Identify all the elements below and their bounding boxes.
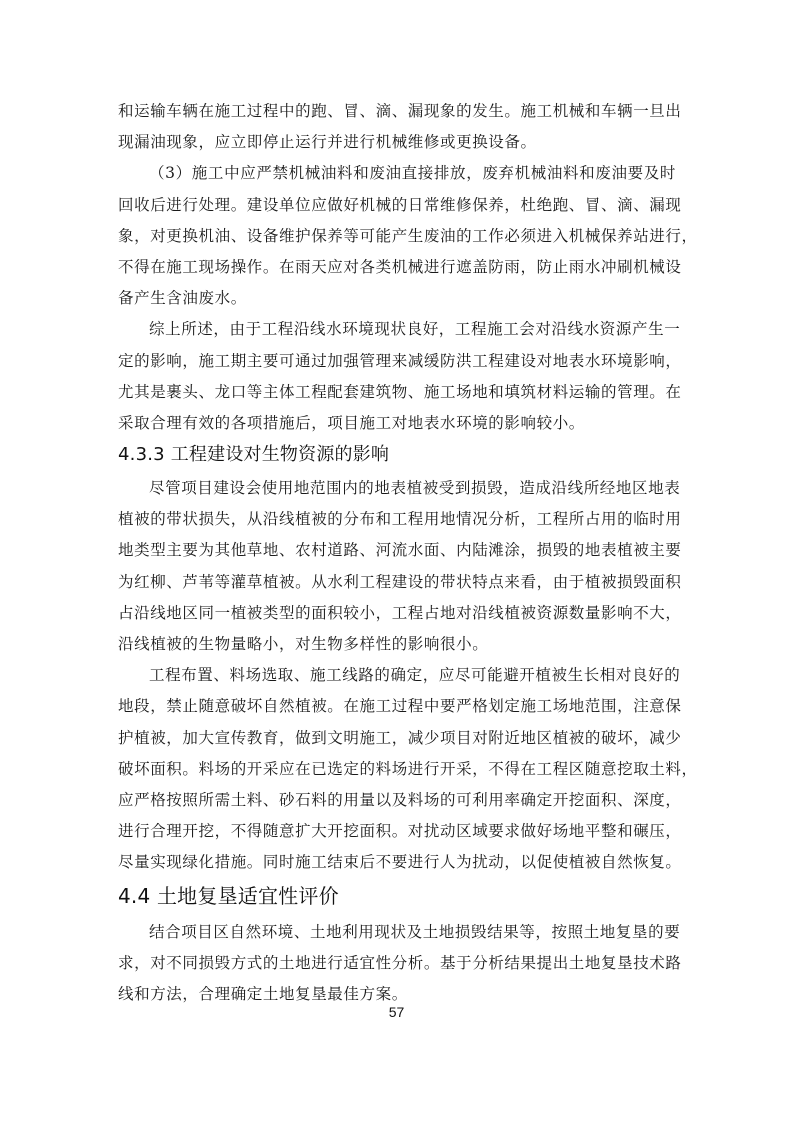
paragraph-continuation: 和运输车辆在施工过程中的跑、冒、滴、漏现象的发生。施工机械和车辆一旦出 现漏油现… (118, 96, 676, 158)
text-line: 占沿线地区同一植被类型的面积较小，工程占地对沿线植被资源数量影响不大， (118, 598, 676, 629)
text-line: 象，对更换机油、设备维护保养等可能产生废油的工作必须进入机械保养站进行， (118, 221, 676, 252)
paragraph-bio-resources-2: 工程布置、料场选取、施工线路的确定，应尽可能避开植被生长相对良好的 地段，禁止随… (118, 660, 676, 878)
text-line: 尽管项目建设会使用地范围内的地表植被受到损毁，造成沿线所经地区地表 (118, 473, 676, 504)
text-line: 进行合理开挖，不得随意扩大开挖面积。对扰动区域要求做好场地平整和碾压， (118, 816, 676, 847)
text-line: 地段，禁止随意破坏自然植被。在施工过程中要严格划定施工场地范围，注意保 (118, 691, 676, 722)
text-line: 回收后进行处理。建设单位应做好机械的日常维修保养，杜绝跑、冒、滴、漏现 (118, 190, 676, 221)
text-line: 为红柳、芦苇等灌草植被。从水利工程建设的带状特点来看，由于植被损毁面积 (118, 567, 676, 598)
paragraph-item-3: （3）施工中应严禁机械油料和废油直接排放，废弃机械油料和废油要及时 回收后进行处… (118, 158, 676, 314)
text-line: 植被的带状损失，从沿线植被的分布和工程用地情况分析，工程所占用的临时用 (118, 504, 676, 535)
text-line: （3）施工中应严禁机械油料和废油直接排放，废弃机械油料和废油要及时 (118, 158, 676, 189)
text-line: 和运输车辆在施工过程中的跑、冒、滴、漏现象的发生。施工机械和车辆一旦出 (118, 96, 676, 127)
text-line: 定的影响，施工期主要可通过加强管理来减缓防洪工程建设对地表水环境影响， (118, 346, 676, 377)
paragraph-bio-resources-1: 尽管项目建设会使用地范围内的地表植被受到损毁，造成沿线所经地区地表 植被的带状损… (118, 473, 676, 660)
text-line: 应严格按照所需土料、砂石料的用量以及料场的可利用率确定开挖面积、深度， (118, 785, 676, 816)
text-line: 尤其是裹头、龙口等主体工程配套建筑物、施工场地和填筑材料运输的管理。在 (118, 377, 676, 408)
page-number: 57 (0, 1004, 793, 1020)
text-line: 破坏面积。料场的开采应在已选定的料场进行开采，不得在工程区随意挖取土料， (118, 754, 676, 785)
text-line: 地类型主要为其他草地、农村道路、河流水面、内陆滩涂，损毁的地表植被主要 (118, 535, 676, 566)
text-line: 护植被，加大宣传教育，做到文明施工，减少项目对附近地区植被的破坏，减少 (118, 723, 676, 754)
text-line: 备产生含油废水。 (118, 283, 676, 314)
text-line: 不得在施工现场操作。在雨天应对各类机械进行遮盖防雨，防止雨水冲刷机械设 (118, 252, 676, 283)
paragraph-summary: 综上所述，由于工程沿线水环境现状良好，工程施工会对沿线水资源产生一 定的影响，施… (118, 314, 676, 439)
text-line: 采取合理有效的各项措施后，项目施工对地表水环境的影响较小。 (118, 408, 676, 439)
text-line: 结合项目区自然环境、土地利用现状及土地损毁结果等，按照土地复垦的要 (118, 917, 676, 948)
paragraph-land-reclamation: 结合项目区自然环境、土地利用现状及土地损毁结果等，按照土地复垦的要 求，对不同损… (118, 917, 676, 1011)
section-heading-4-4: 4.4 土地复垦适宜性评价 (118, 879, 676, 917)
text-line: 现漏油现象，应立即停止运行并进行机械维修或更换设备。 (118, 127, 676, 158)
text-line: 工程布置、料场选取、施工线路的确定，应尽可能避开植被生长相对良好的 (118, 660, 676, 691)
text-line: 综上所述，由于工程沿线水环境现状良好，工程施工会对沿线水资源产生一 (118, 314, 676, 345)
text-line: 尽量实现绿化措施。同时施工结束后不要进行人为扰动，以促使植被自然恢复。 (118, 847, 676, 878)
text-line: 求，对不同损毁方式的土地进行适宜性分析。基于分析结果提出土地复垦技术路 (118, 948, 676, 979)
document-page: 和运输车辆在施工过程中的跑、冒、滴、漏现象的发生。施工机械和车辆一旦出 现漏油现… (118, 96, 676, 1010)
section-heading-4-3-3: 4.3.3 工程建设对生物资源的影响 (118, 439, 676, 473)
text-line: 沿线植被的生物量略小，对生物多样性的影响很小。 (118, 629, 676, 660)
